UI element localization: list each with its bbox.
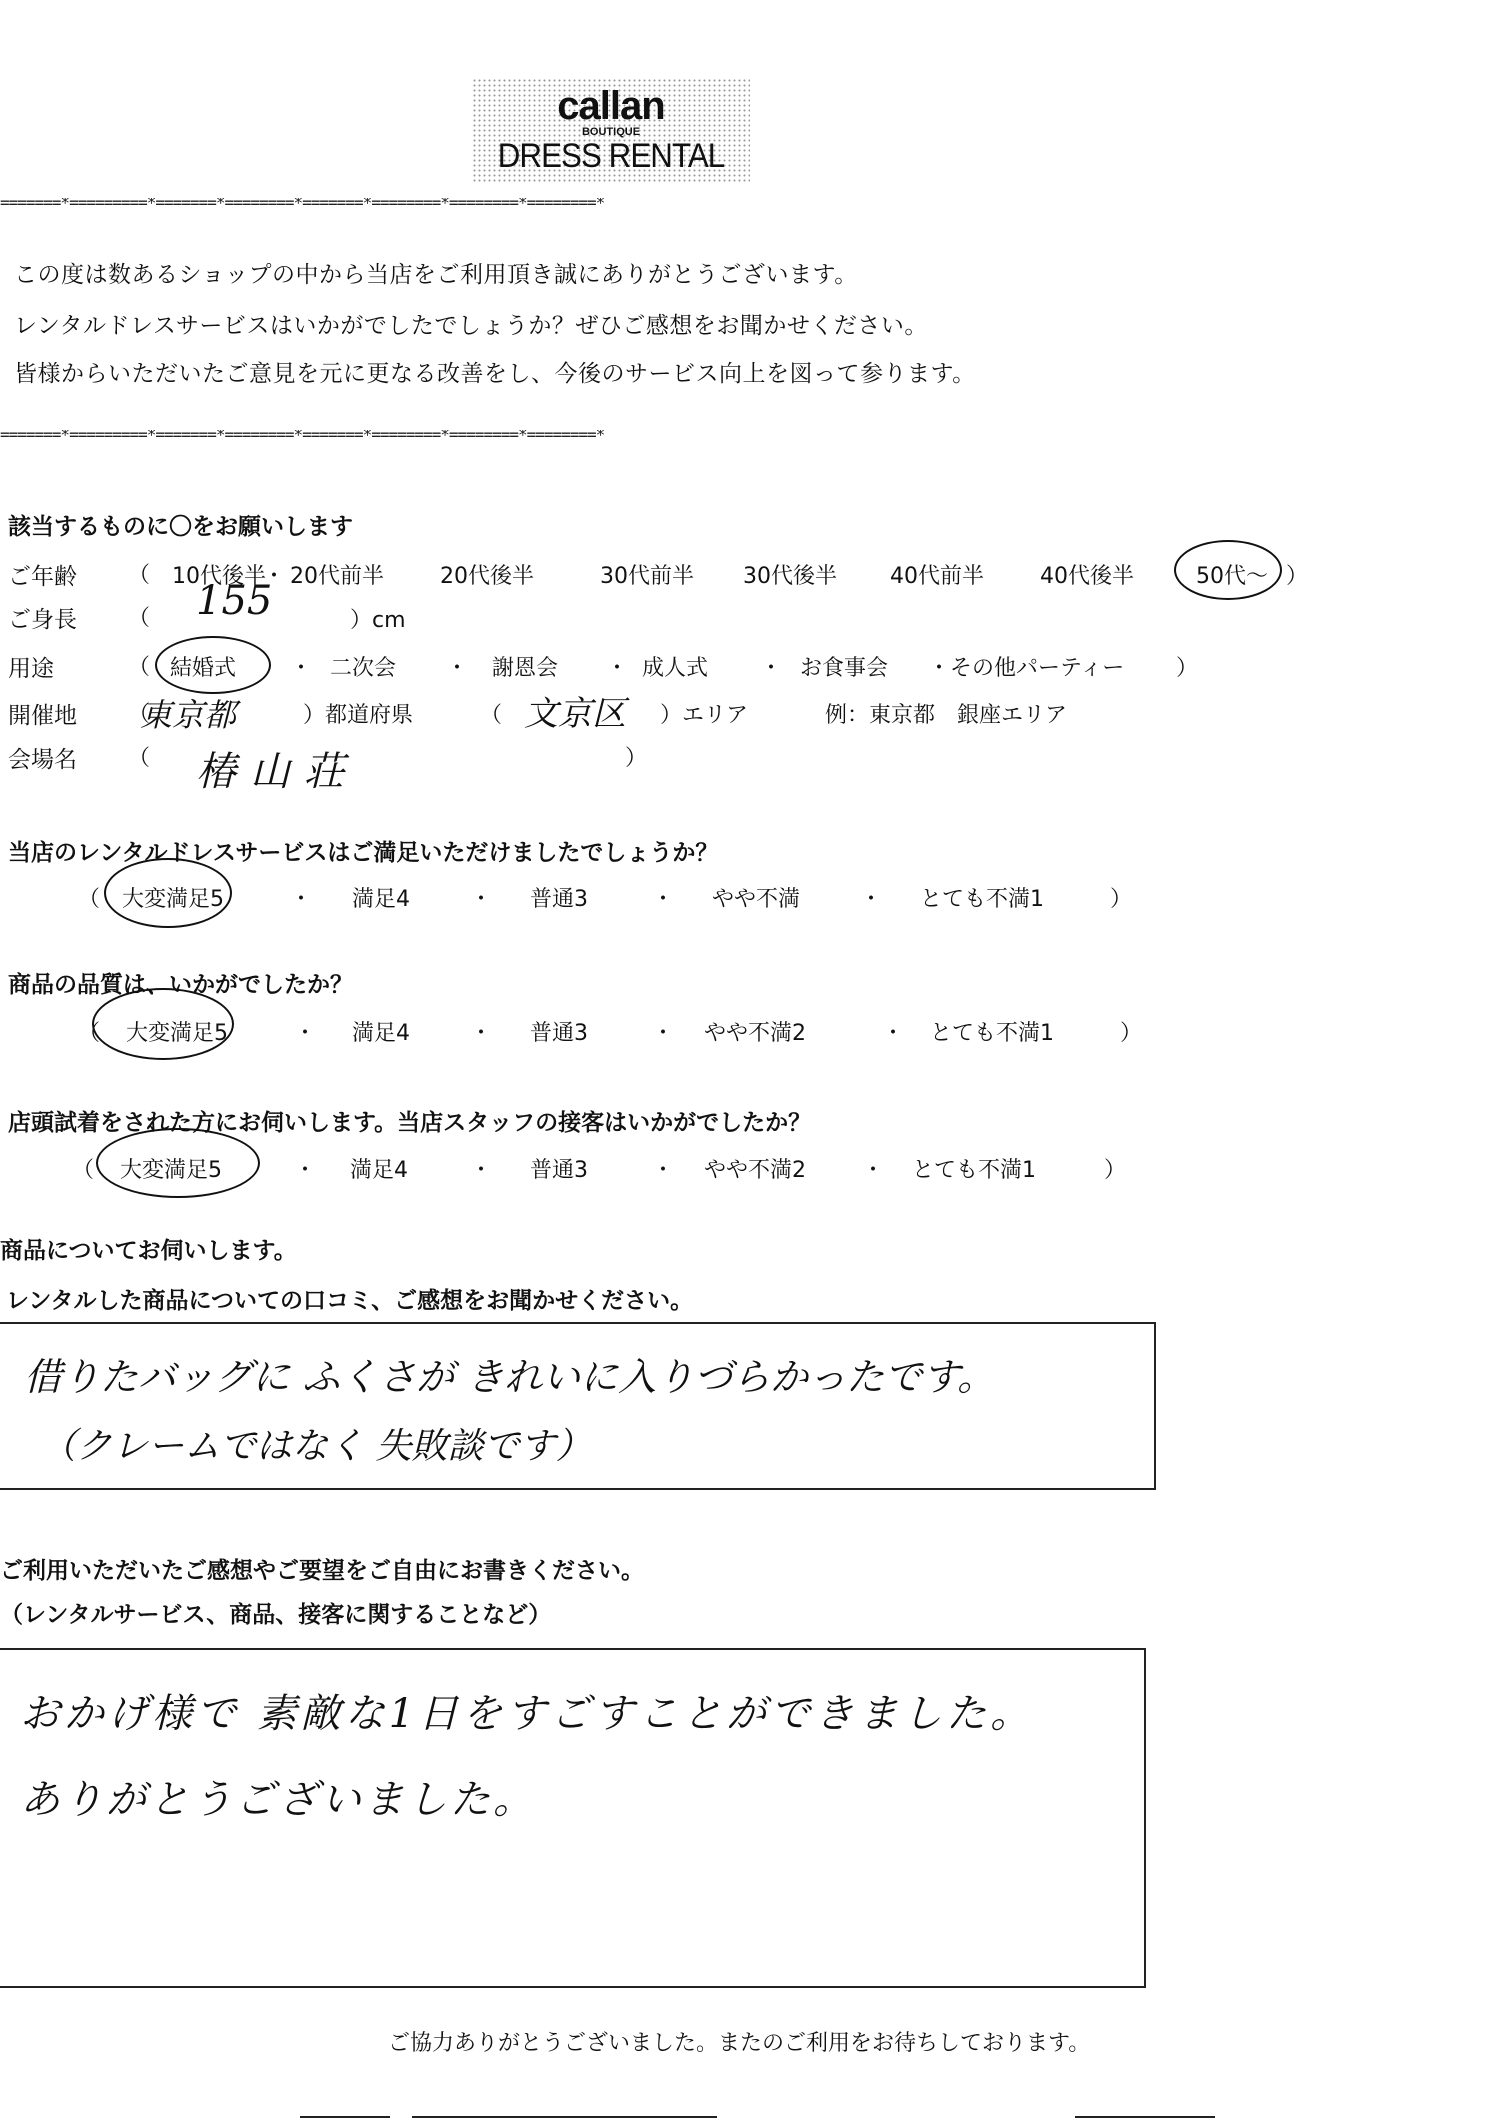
q3-option-2[interactable]: やや不満2 [704, 1153, 806, 1184]
age-option-30s-early[interactable]: 30代前半 [600, 559, 694, 590]
question-3-title: 店頭試着をされた方にお伺いします。当店スタッフの接客はいかがでしたか？ [8, 1104, 811, 1137]
product-review-heading: 商品についてお伺いします。 [0, 1232, 297, 1265]
question-1-title: 当店のレンタルドレスサービスはご満足いただけましたでしょうか？ [8, 834, 718, 867]
footer-rule [412, 2116, 717, 2118]
divider-bottom: =======*=========*=======*========*=====… [0, 430, 1265, 440]
paren: ） [1104, 1153, 1126, 1184]
height-value[interactable]: 155 [196, 578, 272, 624]
paren: （ [78, 882, 100, 913]
height-label: ご身長 [8, 601, 77, 634]
footer-rule [1075, 2116, 1215, 2118]
venue-close-paren: ） [625, 741, 647, 772]
product-review-answer-line-1: 借りたバッグに ふくさが きれいに入りづらかったです。 [24, 1346, 995, 1401]
separator: ・ [882, 1016, 904, 1047]
area-suffix: ）エリア [660, 698, 748, 729]
age-option-40s-early[interactable]: 40代前半 [890, 559, 984, 590]
footer-thanks: ご協力ありがとうございました。またのご利用をお待ちしております。 [388, 2026, 1090, 2057]
profile-heading: 該当するものに〇をお願いします [8, 508, 353, 541]
location-example: 例：東京都 銀座エリア [825, 698, 1067, 729]
separator: ・ [470, 1016, 492, 1047]
purpose-option-dinner[interactable]: お食事会 [800, 651, 888, 682]
separator: ・ [606, 651, 628, 682]
separator: ・ [290, 651, 312, 682]
intro-line-3: 皆様からいただいたご意見を元に更なる改善をし、今後のサービス向上を図って参ります… [14, 355, 976, 388]
free-comment-heading: ご利用いただいたご感想やご要望をご自由にお書きください。 [0, 1552, 644, 1585]
purpose-close-paren: ） [1176, 651, 1198, 682]
brand-logo: callan BOUTIQUE DRESS RENTAL [472, 78, 750, 182]
separator: ・ [652, 1153, 674, 1184]
selection-circle-q1 [104, 858, 232, 928]
purpose-option-other-party[interactable]: その他パーティー [950, 651, 1124, 682]
age-close-paren: ） [1286, 559, 1308, 590]
age-option-30s-late[interactable]: 30代後半 [743, 559, 837, 590]
paren: （ [72, 1153, 94, 1184]
purpose-open-paren: （ [128, 650, 150, 681]
selection-circle-q2 [92, 988, 234, 1060]
age-label: ご年齢 [8, 558, 77, 591]
q1-option-2[interactable]: やや不満 [712, 882, 800, 913]
selection-circle-purpose [155, 636, 271, 694]
separator: ・ [652, 1016, 674, 1047]
separator: ・ [928, 651, 950, 682]
q1-option-1[interactable]: とても不満1 [920, 882, 1044, 913]
prefecture-suffix: ）都道府県 [303, 698, 413, 729]
age-open-paren: （ [128, 558, 150, 589]
selection-circle-q3 [96, 1128, 260, 1198]
separator: ・ [862, 1153, 884, 1184]
q2-option-4[interactable]: 満足4 [352, 1016, 410, 1047]
purpose-option-thanks-party[interactable]: 謝恩会 [492, 651, 558, 682]
separator: ・ [652, 882, 674, 913]
separator: ・ [760, 651, 782, 682]
divider-top: =======*=========*=======*========*=====… [0, 198, 1265, 208]
product-review-prompt: レンタルした商品についての口コミ、ご感想をお聞かせください。 [6, 1282, 693, 1315]
brand-service: DRESS RENTAL [483, 138, 739, 174]
product-review-answer-line-2: （クレームではなく 失敗談です） [40, 1418, 591, 1469]
footer-rule [300, 2116, 390, 2118]
paren: ） [1120, 1016, 1142, 1047]
purpose-option-afterparty[interactable]: 二次会 [330, 651, 396, 682]
separator: ・ [470, 1153, 492, 1184]
q2-option-3[interactable]: 普通3 [530, 1016, 588, 1047]
height-unit: ）cm [350, 603, 406, 634]
age-option-20s-early[interactable]: 20代前半 [290, 559, 384, 590]
q2-option-1[interactable]: とても不満1 [930, 1016, 1054, 1047]
q2-option-2[interactable]: やや不満2 [704, 1016, 806, 1047]
free-comment-answer-line-1: おかげ様で 素敵な1日をすごすことができました。 [20, 1682, 1034, 1739]
venue-label: 会場名 [8, 741, 77, 774]
venue-value[interactable]: 椿山荘 [196, 740, 358, 797]
brand-name: callan [472, 86, 750, 126]
purpose-label: 用途 [8, 650, 54, 683]
intro-line-1: この度は数あるショップの中から当店をご利用頂き誠にありがとうございます。 [14, 256, 858, 289]
q3-option-4[interactable]: 満足4 [350, 1153, 408, 1184]
prefecture-value[interactable]: 東京都 [140, 690, 236, 736]
q1-option-4[interactable]: 満足4 [352, 882, 410, 913]
intro-line-2: レンタルドレスサービスはいかがでしたでしょうか？ぜひご感想をお聞かせください。 [14, 307, 928, 340]
age-option-20s-late[interactable]: 20代後半 [440, 559, 534, 590]
free-comment-subheading: （レンタルサービス、商品、接客に関することなど） [0, 1596, 551, 1629]
separator: ・ [294, 1153, 316, 1184]
separator: ・ [860, 882, 882, 913]
q3-option-1[interactable]: とても不満1 [912, 1153, 1036, 1184]
free-comment-answer-line-2: ありがとうございました。 [20, 1768, 536, 1825]
separator: ・ [294, 1016, 316, 1047]
paren: ） [1110, 882, 1132, 913]
separator: ・ [290, 882, 312, 913]
separator: ・ [446, 651, 468, 682]
selection-circle-age [1174, 540, 1282, 600]
location-label: 開催地 [8, 697, 77, 730]
area-value[interactable]: 文京区 [524, 686, 626, 735]
separator: ・ [470, 882, 492, 913]
purpose-option-coming-of-age[interactable]: 成人式 [642, 651, 708, 682]
q3-option-3[interactable]: 普通3 [530, 1153, 588, 1184]
area-open-paren: （ [480, 698, 502, 729]
height-open-paren: （ [128, 601, 150, 632]
age-option-40s-late[interactable]: 40代後半 [1040, 559, 1134, 590]
q1-option-3[interactable]: 普通3 [530, 882, 588, 913]
venue-open-paren: （ [128, 741, 150, 772]
